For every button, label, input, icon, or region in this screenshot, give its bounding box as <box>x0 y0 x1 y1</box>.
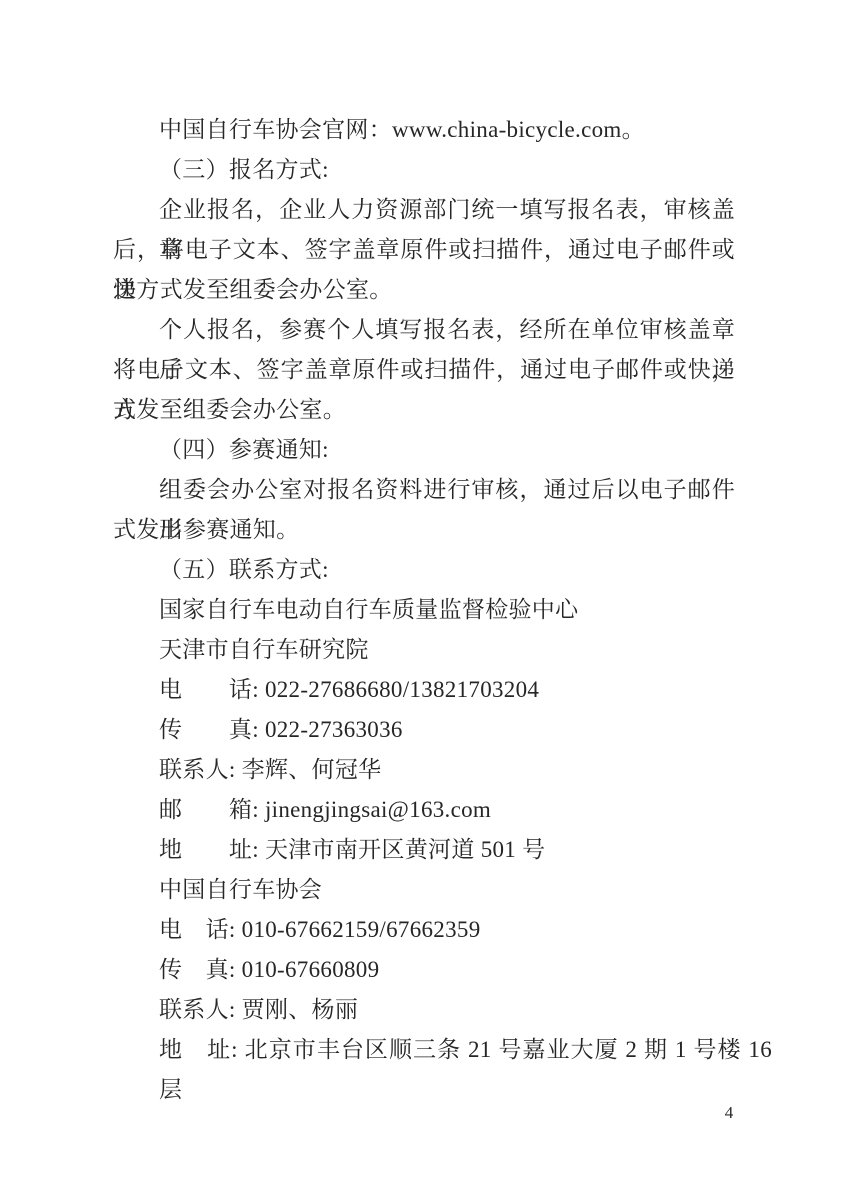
text-line: 式发出参赛通知。 <box>113 510 735 550</box>
text-line: 传 真: 010-67660809 <box>113 950 735 990</box>
text-line: 邮 箱: jinengjingsai@163.com <box>113 790 735 830</box>
text-line: 递方式发至组委会办公室。 <box>113 270 735 310</box>
text-line: 中国自行车协会 <box>113 870 735 910</box>
text-line: 联系人: 贾刚、杨丽 <box>113 990 735 1030</box>
text-line: （三）报名方式: <box>113 150 735 190</box>
text-line: 个人报名，参赛个人填写报名表，经所在单位审核盖章后， <box>113 310 735 350</box>
text-line: 企业报名，企业人力资源部门统一填写报名表，审核盖章 <box>113 190 735 230</box>
text-line: （四）参赛通知: <box>113 430 735 470</box>
text-line: 后，将电子文本、签字盖章原件或扫描件，通过电子邮件或快 <box>113 230 735 270</box>
text-line: （五）联系方式: <box>113 550 735 590</box>
text-line: 联系人: 李辉、何冠华 <box>113 750 735 790</box>
text-line: 式发至组委会办公室。 <box>113 390 735 430</box>
text-line: 地 址: 北京市丰台区顺三条 21 号嘉业大厦 2 期 1 号楼 16 层 <box>113 1030 772 1070</box>
document-page: 中国自行车协会官网：www.china-bicycle.com。（三）报名方式:… <box>0 0 848 1200</box>
text-line: 电 话: 010-67662159/67662359 <box>113 910 735 950</box>
text-line: 将电子文本、签字盖章原件或扫描件，通过电子邮件或快递方 <box>113 350 735 390</box>
page-number: 4 <box>714 1100 744 1126</box>
text-line: 国家自行车电动自行车质量监督检验中心 <box>113 590 735 630</box>
text-line: 组委会办公室对报名资料进行审核，通过后以电子邮件形 <box>113 470 735 510</box>
text-line: 传 真: 022-27363036 <box>113 710 735 750</box>
text-line: 天津市自行车研究院 <box>113 630 735 670</box>
text-line: 地 址: 天津市南开区黄河道 501 号 <box>113 830 735 870</box>
text-line: 电 话: 022-27686680/13821703204 <box>113 670 735 710</box>
document-text-block: 中国自行车协会官网：www.china-bicycle.com。（三）报名方式:… <box>113 110 735 1070</box>
text-line: 中国自行车协会官网：www.china-bicycle.com。 <box>113 110 735 150</box>
